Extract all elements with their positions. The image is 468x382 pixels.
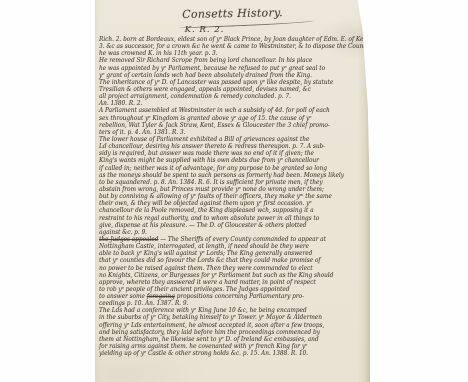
manuscript-line: yielding up of yᵉ Castle & other strong … <box>99 350 369 357</box>
manuscript-page: Consetts History. K. R. 2. Rich. 2. born… <box>95 0 370 382</box>
regnal-heading: K. R. 2. <box>67 25 342 35</box>
photo-background: Consetts History. K. R. 2. Rich. 2. born… <box>0 0 468 382</box>
line-text: propositions concerning Parliamentary pr… <box>175 292 304 300</box>
manuscript-body: Rich. 2. born at Bordeaux, eldest son of… <box>99 36 369 357</box>
manuscript-title: Consetts History. <box>95 5 370 23</box>
